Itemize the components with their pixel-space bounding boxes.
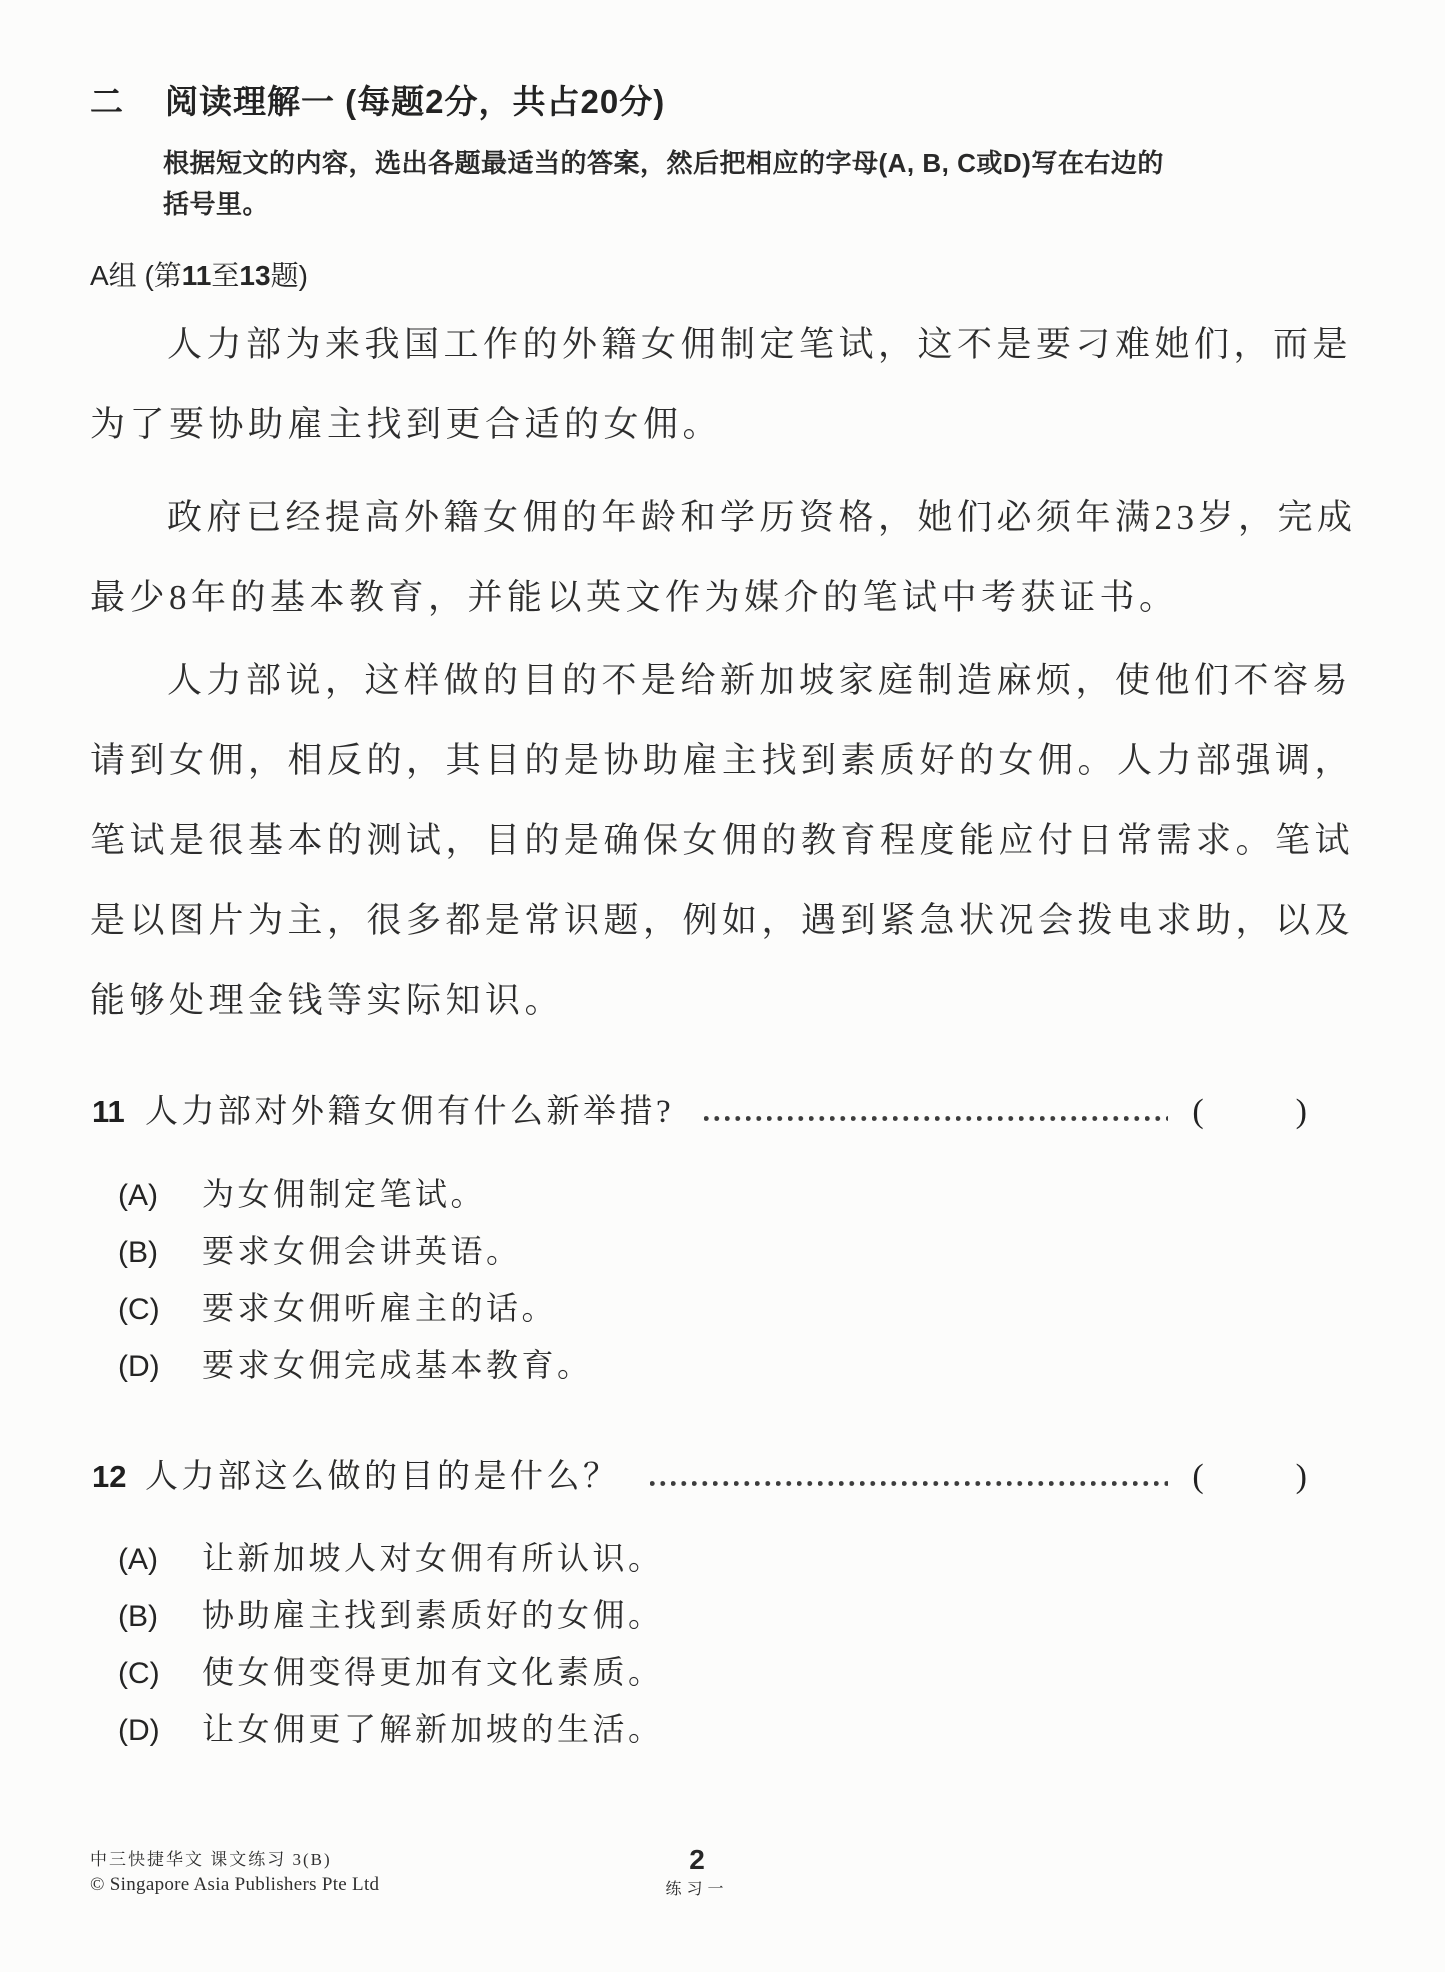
option-letter: (C) (118, 1657, 202, 1691)
copyright-notice: © Singapore Asia Publishers Pte Ltd (90, 1873, 379, 1897)
group-label-prefix: A组 (第 (90, 260, 182, 291)
passage-line: 人力部说，这样做的目的不是给新加坡家庭制造麻烦，使他们不容易 (90, 641, 1385, 721)
answer-bracket-open: ( (1192, 1458, 1203, 1495)
passage-line: 为了要协助雇主找到更合适的女佣。 (90, 385, 1385, 465)
footer-center: 2 练习一 (612, 1845, 782, 1899)
option-letter: (A) (118, 1179, 202, 1213)
question-number: 11 (92, 1090, 145, 1134)
option-text: 为女佣制定笔试。 (202, 1176, 486, 1212)
option-letter: (A) (118, 1543, 202, 1577)
passage-paragraph-3: 人力部说，这样做的目的不是给新加坡家庭制造麻烦，使他们不容易 请到女佣，相反的，… (90, 641, 1385, 1041)
book-title: 中三快捷华文 课文练习 3(B) (90, 1849, 379, 1871)
group-label-suffix: 题) (271, 260, 308, 291)
question-11-option-c: (C)要求女佣听雇主的话。 (118, 1283, 557, 1329)
passage-paragraph-2: 政府已经提高外籍女佣的年龄和学历资格，她们必须年满23岁，完成 最少8年的基本教… (90, 478, 1385, 638)
instructions-line-2: 括号里。 (163, 184, 1164, 225)
answer-bracket-close: ) (1296, 1458, 1307, 1495)
group-label: A组 (第11至13题) (90, 256, 308, 296)
dotted-leader (650, 1481, 1169, 1486)
group-question-from: 11 (182, 260, 212, 291)
question-number: 12 (92, 1455, 145, 1499)
question-11-option-a: (A)为女佣制定笔试。 (118, 1169, 486, 1215)
option-text: 让新加坡人对女佣有所认识。 (202, 1540, 664, 1576)
exam-page: 二 阅读理解一 (每题2分，共占20分) 根据短文的内容，选出各题最适当的答案，… (0, 0, 1445, 1972)
passage-line: 最少8年的基本教育，并能以英文作为媒介的笔试中考获证书。 (90, 558, 1385, 638)
option-letter: (B) (118, 1600, 202, 1634)
question-text: 人力部这么做的目的是什么？ (145, 1455, 620, 1499)
passage-line: 人力部为来我国工作的外籍女佣制定笔试，这不是要刁难她们，而是 (90, 305, 1385, 385)
passage-line: 请到女佣，相反的，其目的是协助雇主找到素质好的女佣。人力部强调， (90, 721, 1385, 801)
passage-line: 笔试是很基本的测试，目的是确保女佣的教育程度能应付日常需求。笔试 (90, 801, 1385, 881)
question-11-option-b: (B)要求女佣会讲英语。 (118, 1226, 522, 1272)
option-text: 要求女佣听雇主的话。 (202, 1290, 557, 1326)
option-letter: (B) (118, 1236, 202, 1270)
section-heading: 二 阅读理解一 (每题2分，共占20分) (90, 80, 665, 124)
passage-paragraph-1: 人力部为来我国工作的外籍女佣制定笔试，这不是要刁难她们，而是 为了要协助雇主找到… (90, 305, 1385, 465)
footer-left: 中三快捷华文 课文练习 3(B) © Singapore Asia Publis… (90, 1849, 379, 1897)
exercise-label: 练习一 (612, 1876, 782, 1899)
question-12: 12 人力部这么做的目的是什么？ () (92, 1455, 1307, 1499)
option-text: 让女佣更了解新加坡的生活。 (202, 1711, 664, 1747)
answer-blank: () (1192, 1090, 1307, 1134)
option-letter: (C) (118, 1293, 202, 1327)
option-letter: (D) (118, 1714, 202, 1748)
passage-line: 能够处理金钱等实际知识。 (90, 961, 1385, 1041)
option-text: 要求女佣完成基本教育。 (202, 1347, 593, 1383)
section-title: 阅读理解一 (每题2分，共占20分) (165, 80, 665, 124)
question-11-option-d: (D)要求女佣完成基本教育。 (118, 1340, 593, 1386)
question-11: 11 人力部对外籍女佣有什么新举措? () (92, 1090, 1307, 1134)
answer-bracket-close: ) (1296, 1093, 1307, 1130)
question-12-option-d: (D)让女佣更了解新加坡的生活。 (118, 1704, 664, 1750)
question-12-option-b: (B)协助雇主找到素质好的女佣。 (118, 1590, 664, 1636)
answer-bracket-open: ( (1192, 1093, 1203, 1130)
option-text: 要求女佣会讲英语。 (202, 1233, 522, 1269)
group-question-to: 13 (239, 260, 270, 291)
answer-blank: () (1192, 1455, 1307, 1499)
option-text: 协助雇主找到素质好的女佣。 (202, 1597, 664, 1633)
dotted-leader (704, 1116, 1168, 1121)
option-text: 使女佣变得更加有文化素质。 (202, 1654, 664, 1690)
page-number: 2 (612, 1845, 782, 1875)
question-12-option-a: (A)让新加坡人对女佣有所认识。 (118, 1533, 664, 1579)
question-12-option-c: (C)使女佣变得更加有文化素质。 (118, 1647, 664, 1693)
passage-line: 是以图片为主，很多都是常识题，例如，遇到紧急状况会拨电求助，以及 (90, 881, 1385, 961)
option-letter: (D) (118, 1350, 202, 1384)
instructions: 根据短文的内容，选出各题最适当的答案，然后把相应的字母(A, B, C或D)写在… (163, 143, 1164, 225)
question-text: 人力部对外籍女佣有什么新举措? (145, 1090, 674, 1134)
group-label-to-word: 至 (211, 260, 239, 291)
section-number: 二 (90, 80, 165, 124)
instructions-line-1: 根据短文的内容，选出各题最适当的答案，然后把相应的字母(A, B, C或D)写在… (163, 143, 1164, 184)
passage-line: 政府已经提高外籍女佣的年龄和学历资格，她们必须年满23岁，完成 (90, 478, 1385, 558)
